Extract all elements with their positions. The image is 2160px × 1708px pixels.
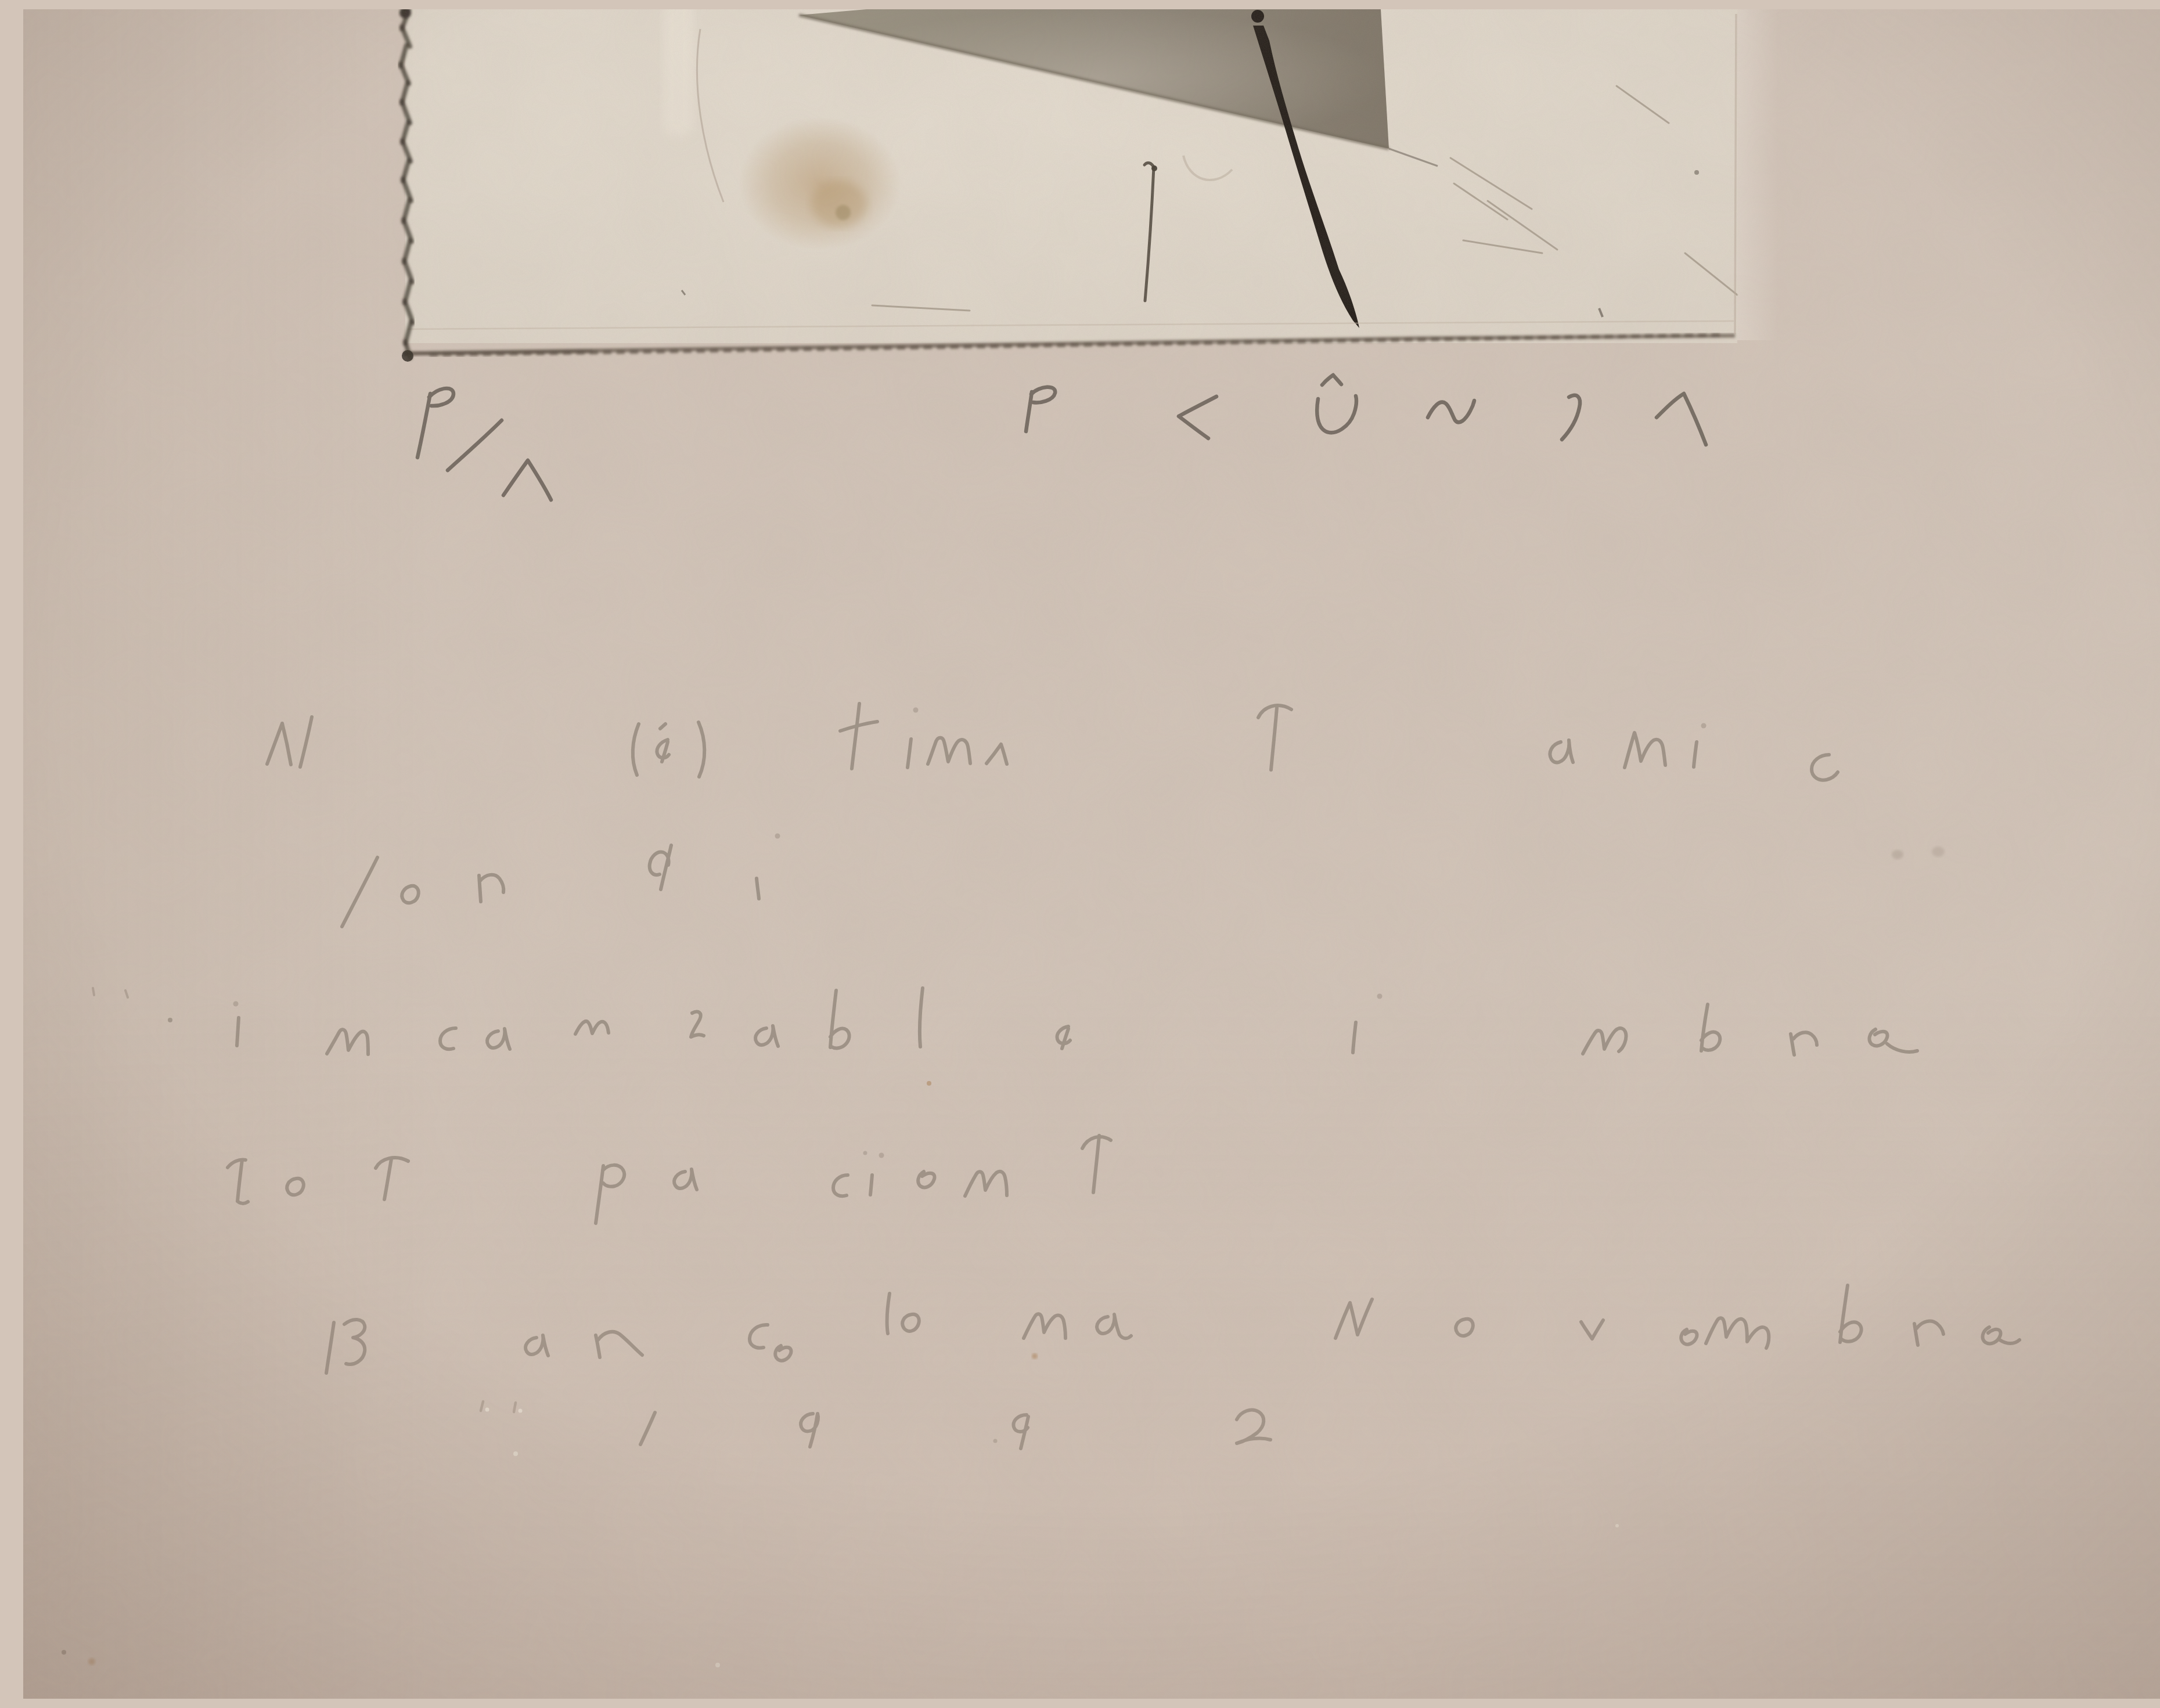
etching-print: Photograph of the lower half of an etchi… xyxy=(23,9,2160,1699)
paper-grain-texture xyxy=(23,9,2160,1699)
artwork-photo: Photograph of the lower half of an etchi… xyxy=(23,9,2160,1699)
